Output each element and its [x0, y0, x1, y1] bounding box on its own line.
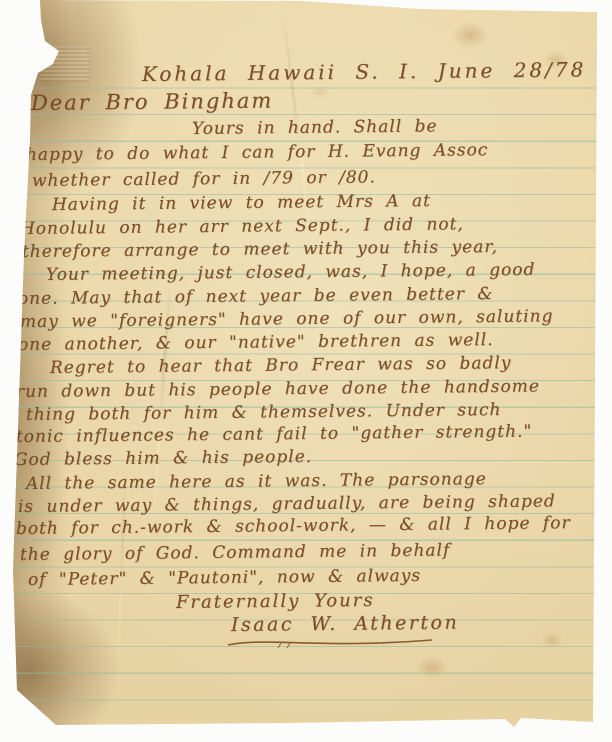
embossed-stamp	[40, 46, 90, 82]
letter-line: of "Peter" & "Pautoni", now & always	[28, 566, 421, 590]
signature: Isaac W. Atherton	[231, 612, 459, 636]
signature-flourish	[226, 634, 438, 654]
letter-line: Yours in hand. Shall be	[192, 116, 438, 139]
letter-salutation: Dear Bro Bingham	[31, 88, 274, 115]
letter-heading: Kohala Hawaii S. I. June 28/78	[142, 57, 587, 86]
letter-line: Having it in view to meet Mrs A at	[52, 191, 431, 215]
letter-line: whether called for in /79 or /80.	[32, 167, 376, 191]
letter-paper: Kohala Hawaii S. I. June 28/78 Dear Bro …	[0, 0, 612, 742]
letter-scan: Kohala Hawaii S. I. June 28/78 Dear Bro …	[0, 0, 612, 742]
letter-line: God bless him & his people.	[14, 447, 312, 470]
letter-closing: Fraternally Yours	[176, 590, 375, 613]
